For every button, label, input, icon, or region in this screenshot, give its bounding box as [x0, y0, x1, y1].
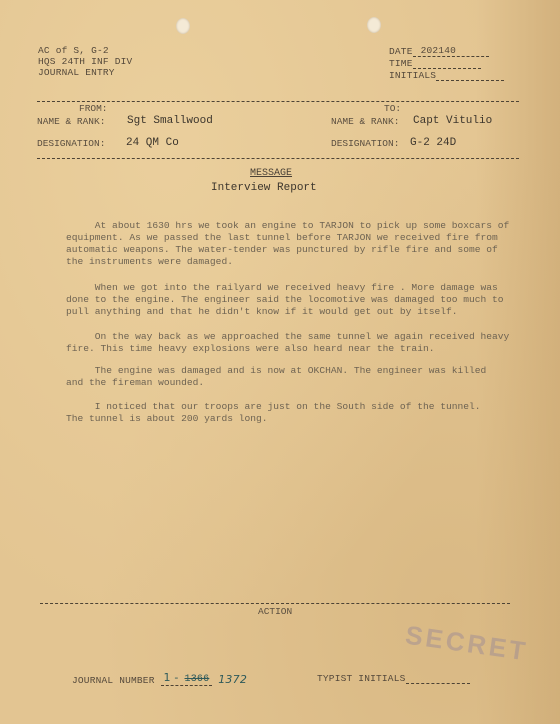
journal-number: JOURNAL NUMBER 1 - 1366 1372	[72, 672, 247, 686]
to-heading: TO:	[384, 103, 401, 114]
header-org-block: AC of S, G-2 HQS 24TH INF DIV JOURNAL EN…	[38, 45, 132, 78]
from-heading: FROM:	[79, 103, 108, 114]
action-heading: ACTION	[258, 606, 292, 617]
punch-hole-left	[176, 18, 190, 34]
header-org-line: HQS 24TH INF DIV	[38, 56, 132, 67]
message-paragraph: At about 1630 hrs we took an engine to T…	[66, 220, 526, 268]
message-subject: Interview Report	[211, 182, 317, 194]
header-date-block: DATE202140 TIME INITIALS	[389, 45, 504, 81]
to-designation-label: DESIGNATION:	[331, 138, 399, 149]
initials-field	[436, 69, 504, 81]
date-value: 202140	[421, 45, 456, 56]
from-designation-value: 24 QM Co	[126, 137, 179, 149]
date-label: DATE	[389, 46, 413, 57]
divider-action	[40, 603, 510, 604]
message-paragraph: On the way back as we approached the sam…	[66, 331, 526, 355]
divider-top	[37, 101, 519, 102]
journal-struck-number: 1366	[185, 674, 210, 685]
from-name-rank-value: Sgt Smallwood	[127, 115, 213, 127]
time-label: TIME	[389, 58, 413, 69]
typist-initials: TYPIST INITIALS	[317, 672, 470, 684]
secret-stamp: SECRET	[403, 620, 530, 668]
typist-initials-label: TYPIST INITIALS	[317, 673, 406, 684]
header-org-line: JOURNAL ENTRY	[38, 67, 132, 78]
divider-mid	[37, 158, 519, 159]
from-name-rank-label: NAME & RANK:	[37, 116, 105, 127]
message-paragraph: I noticed that our troops are just on th…	[66, 401, 526, 425]
message-paragraph: The engine was damaged and is now at OKC…	[66, 365, 526, 389]
time-field	[413, 57, 481, 69]
from-designation-label: DESIGNATION:	[37, 138, 105, 149]
punch-hole-right	[367, 17, 381, 33]
message-heading: MESSAGE	[250, 168, 292, 179]
journal-number-field: 1 - 1366	[161, 672, 213, 686]
initials-label: INITIALS	[389, 70, 436, 81]
header-org-line: AC of S, G-2	[38, 45, 132, 56]
to-name-rank-label: NAME & RANK:	[331, 116, 399, 127]
journal-number-label: JOURNAL NUMBER	[72, 675, 155, 686]
journal-handwritten-number: 1372	[218, 673, 247, 686]
message-paragraph: When we got into the railyard we receive…	[66, 282, 526, 318]
to-designation-value: G-2 24D	[410, 137, 456, 149]
typist-initials-field	[406, 672, 470, 684]
journal-prefix: 1 -	[164, 671, 179, 684]
date-field: 202140	[413, 45, 489, 57]
to-name-rank-value: Capt Vitulio	[413, 115, 492, 127]
